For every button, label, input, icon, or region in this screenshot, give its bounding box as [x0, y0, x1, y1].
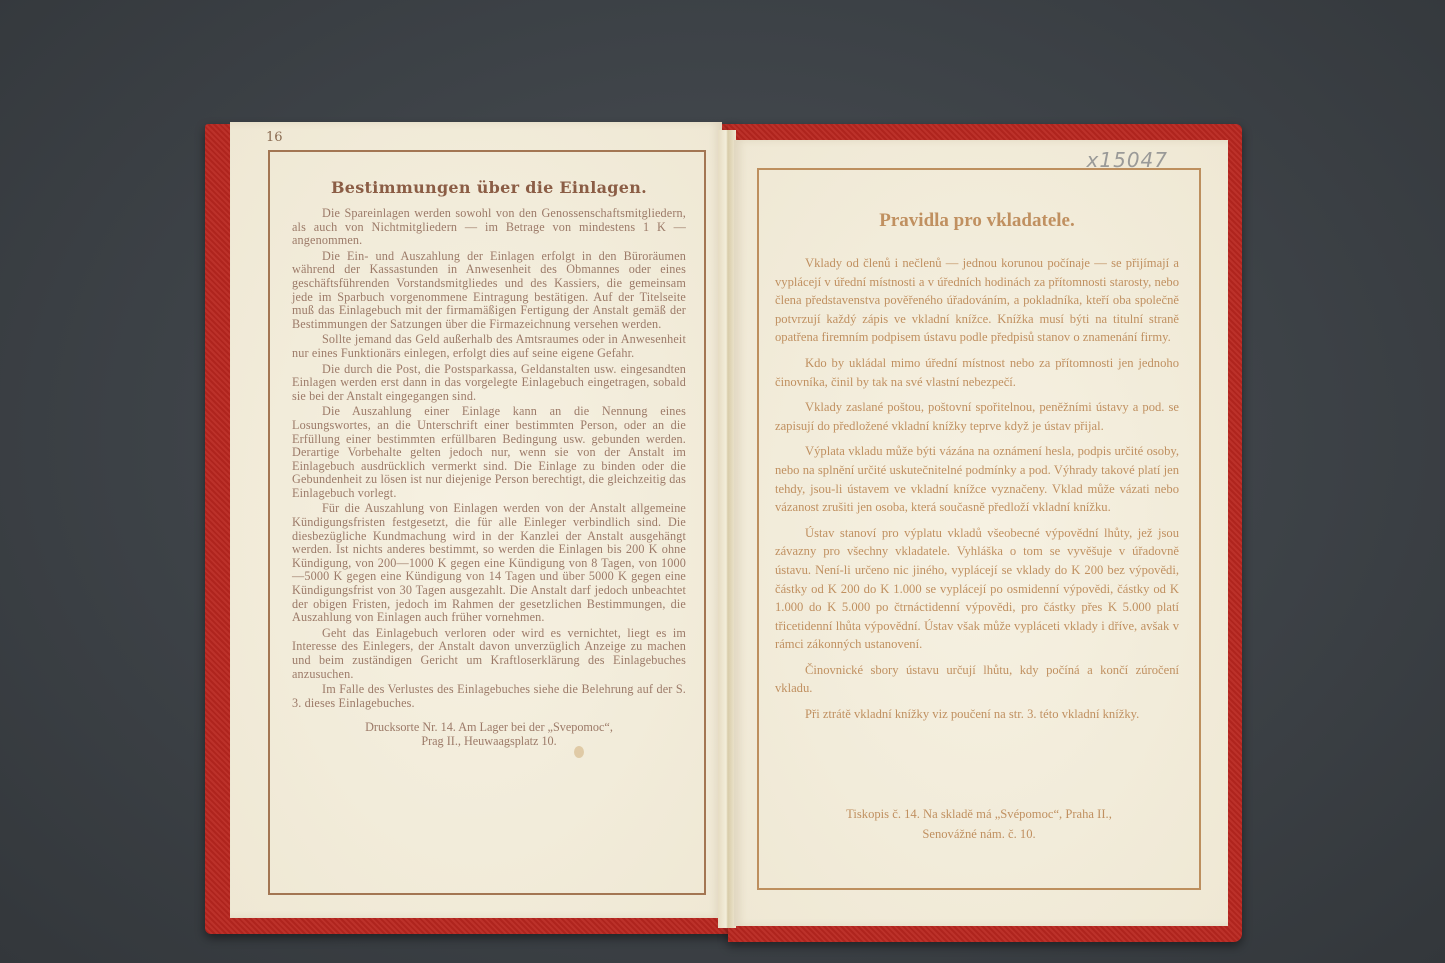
paper-stain	[574, 746, 584, 758]
left-paragraph: Die Auszahlung einer Einlage kann an die…	[292, 405, 686, 500]
left-imprint: Drucksorte Nr. 14. Am Lager bei der „Sve…	[292, 720, 686, 748]
right-paragraph: Činovnické sbory ústavu určují lhůtu, kd…	[775, 661, 1179, 698]
right-paragraph: Vklady zaslané poštou, poštovní spořitel…	[775, 398, 1179, 435]
right-paragraph: Při ztrátě vkladní knížky viz poučení na…	[775, 705, 1179, 724]
right-imprint-line2: Senovážné nám. č. 10.	[775, 824, 1183, 844]
left-paragraph: Sollte jemand das Geld außerhalb des Amt…	[292, 333, 686, 360]
left-imprint-line2: Prag II., Heuwaagsplatz 10.	[292, 734, 686, 748]
left-imprint-line1: Drucksorte Nr. 14. Am Lager bei der „Sve…	[292, 720, 686, 734]
right-page: x15047 Pravidla pro vkladatele. Vklady o…	[734, 140, 1228, 926]
left-page-title: Bestimmungen über die Einlagen.	[292, 178, 686, 197]
right-paragraph: Výplata vkladu může býti vázána na oznám…	[775, 442, 1179, 516]
right-imprint-line1: Tiskopis č. 14. Na skladě má „Svépomoc“,…	[775, 804, 1183, 824]
left-paragraph: Für die Auszahlung von Einlagen werden v…	[292, 502, 686, 624]
right-imprint: Tiskopis č. 14. Na skladě má „Svépomoc“,…	[775, 804, 1183, 844]
right-page-title: Pravidla pro vkladatele.	[775, 210, 1179, 232]
left-paragraph: Die Ein- und Auszahlung der Einlagen erf…	[292, 250, 686, 332]
left-page-frame: Bestimmungen über die Einlagen. Die Spar…	[268, 150, 706, 895]
right-page-frame: Pravidla pro vkladatele. Vklady od členů…	[757, 168, 1201, 890]
left-paragraph: Die durch die Post, die Postsparkassa, G…	[292, 363, 686, 404]
right-paragraph: Ústav stanoví pro výplatu vkladů všeobec…	[775, 524, 1179, 654]
left-paragraph: Die Spareinlagen werden sowohl von den G…	[292, 207, 686, 248]
right-paragraph: Kdo by ukládal mimo úřední místnost nebo…	[775, 354, 1179, 391]
right-paragraph: Vklady od členů i nečlenů — jednou korun…	[775, 254, 1179, 347]
left-page: 16 Bestimmungen über die Einlagen. Die S…	[230, 122, 722, 918]
left-paragraph: Geht das Einlagebuch verloren oder wird …	[292, 627, 686, 681]
page-number: 16	[266, 130, 283, 145]
left-paragraph: Im Falle des Verlustes des Einlagebuches…	[292, 683, 686, 710]
